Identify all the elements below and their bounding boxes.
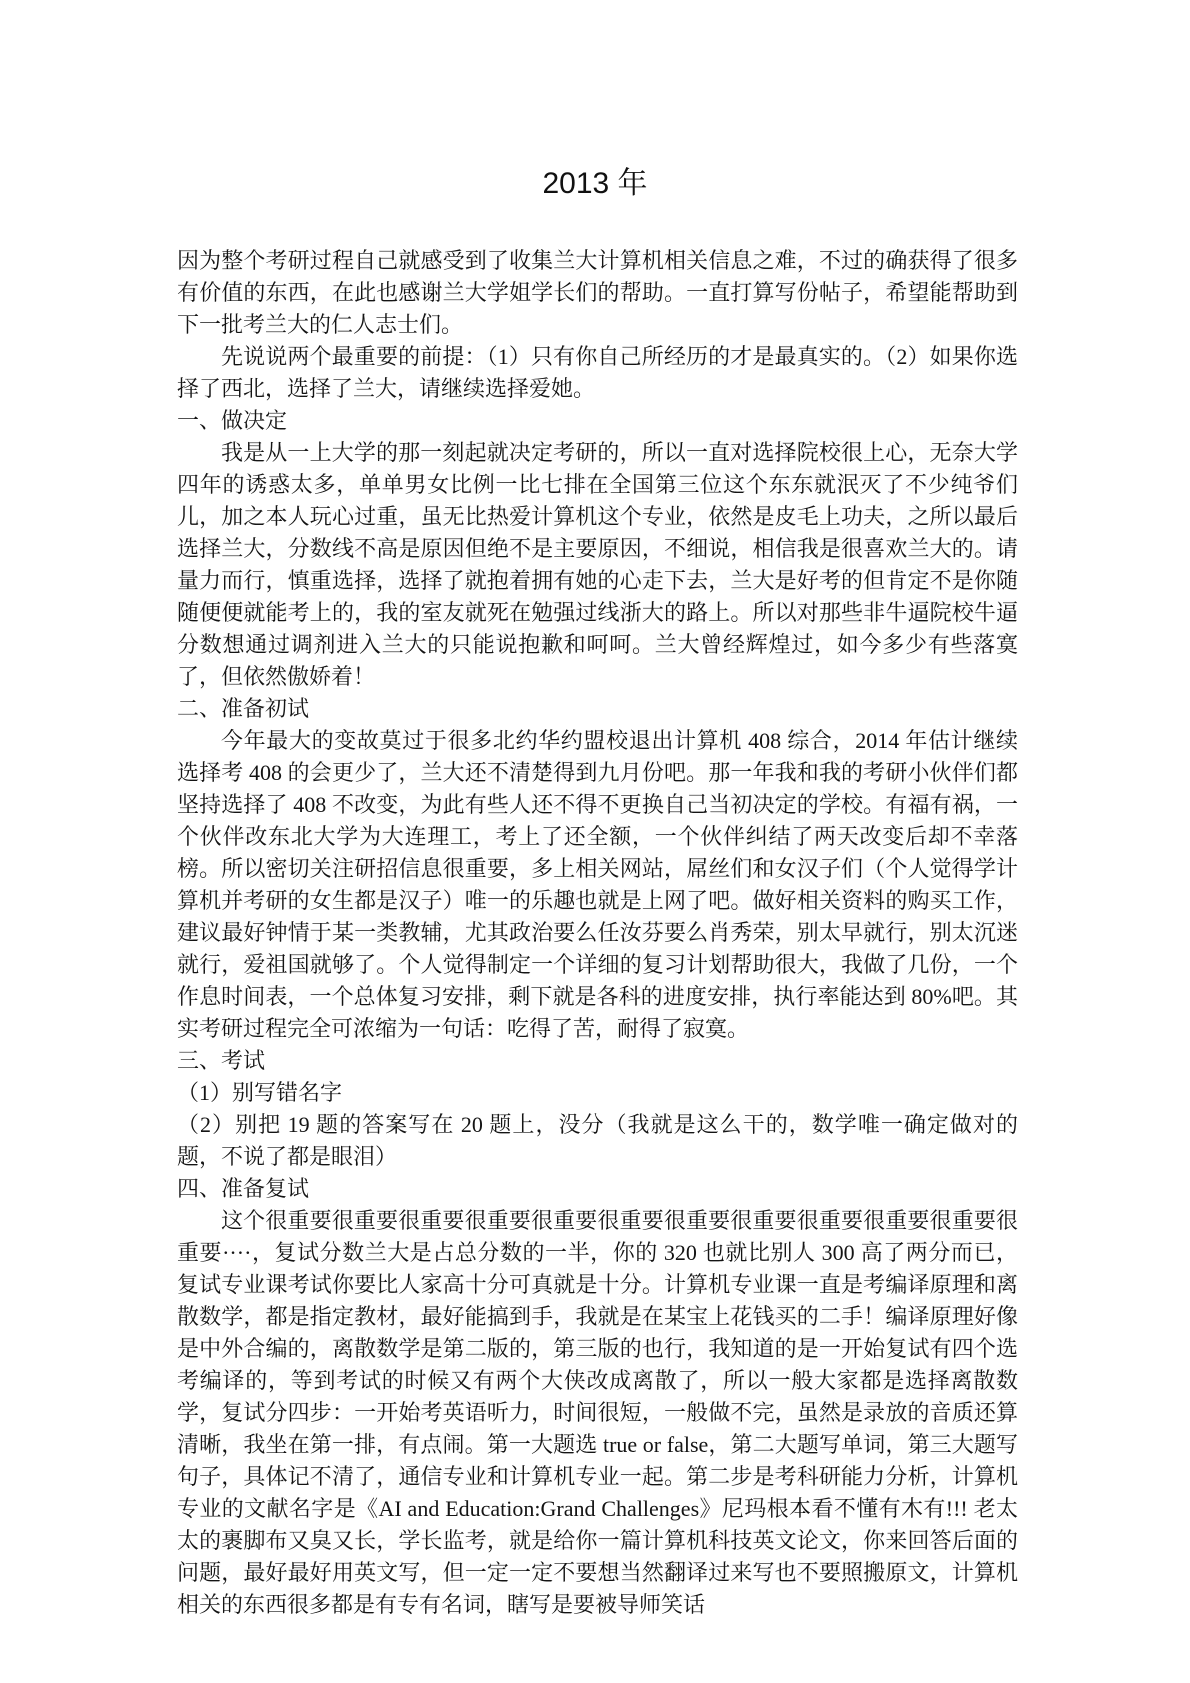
document-page: 2013 年 因为整个考研过程自己就感受到了收集兰大计算机相关信息之难，不过的确…	[0, 0, 1190, 1683]
section-heading: 四、准备复试	[177, 1173, 1018, 1205]
section-heading: 三、考试	[177, 1045, 1018, 1077]
paragraph: （1）别写错名字	[177, 1077, 1018, 1109]
paragraph: 今年最大的变故莫过于很多北约华约盟校退出计算机 408 综合，2014 年估计继…	[177, 725, 1018, 1045]
paragraph: 先说说两个最重要的前提：（1）只有你自己所经历的才是最真实的。（2）如果你选择了…	[177, 341, 1018, 405]
section-heading: 二、准备初试	[177, 693, 1018, 725]
paragraph: （2）别把 19 题的答案写在 20 题上，没分（我就是这么干的，数学唯一确定做…	[177, 1109, 1018, 1173]
section-heading: 一、做决定	[177, 405, 1018, 437]
document-body: 因为整个考研过程自己就感受到了收集兰大计算机相关信息之难，不过的确获得了很多有价…	[0, 245, 1190, 1621]
paragraph: 我是从一上大学的那一刻起就决定考研的，所以一直对选择院校很上心，无奈大学四年的诱…	[177, 437, 1018, 693]
paragraph: 因为整个考研过程自己就感受到了收集兰大计算机相关信息之难，不过的确获得了很多有价…	[177, 245, 1018, 341]
page-title: 2013 年	[0, 0, 1190, 205]
paragraph: 这个很重要很重要很重要很重要很重要很重要很重要很重要很重要很重要很重要很重要··…	[177, 1205, 1018, 1621]
